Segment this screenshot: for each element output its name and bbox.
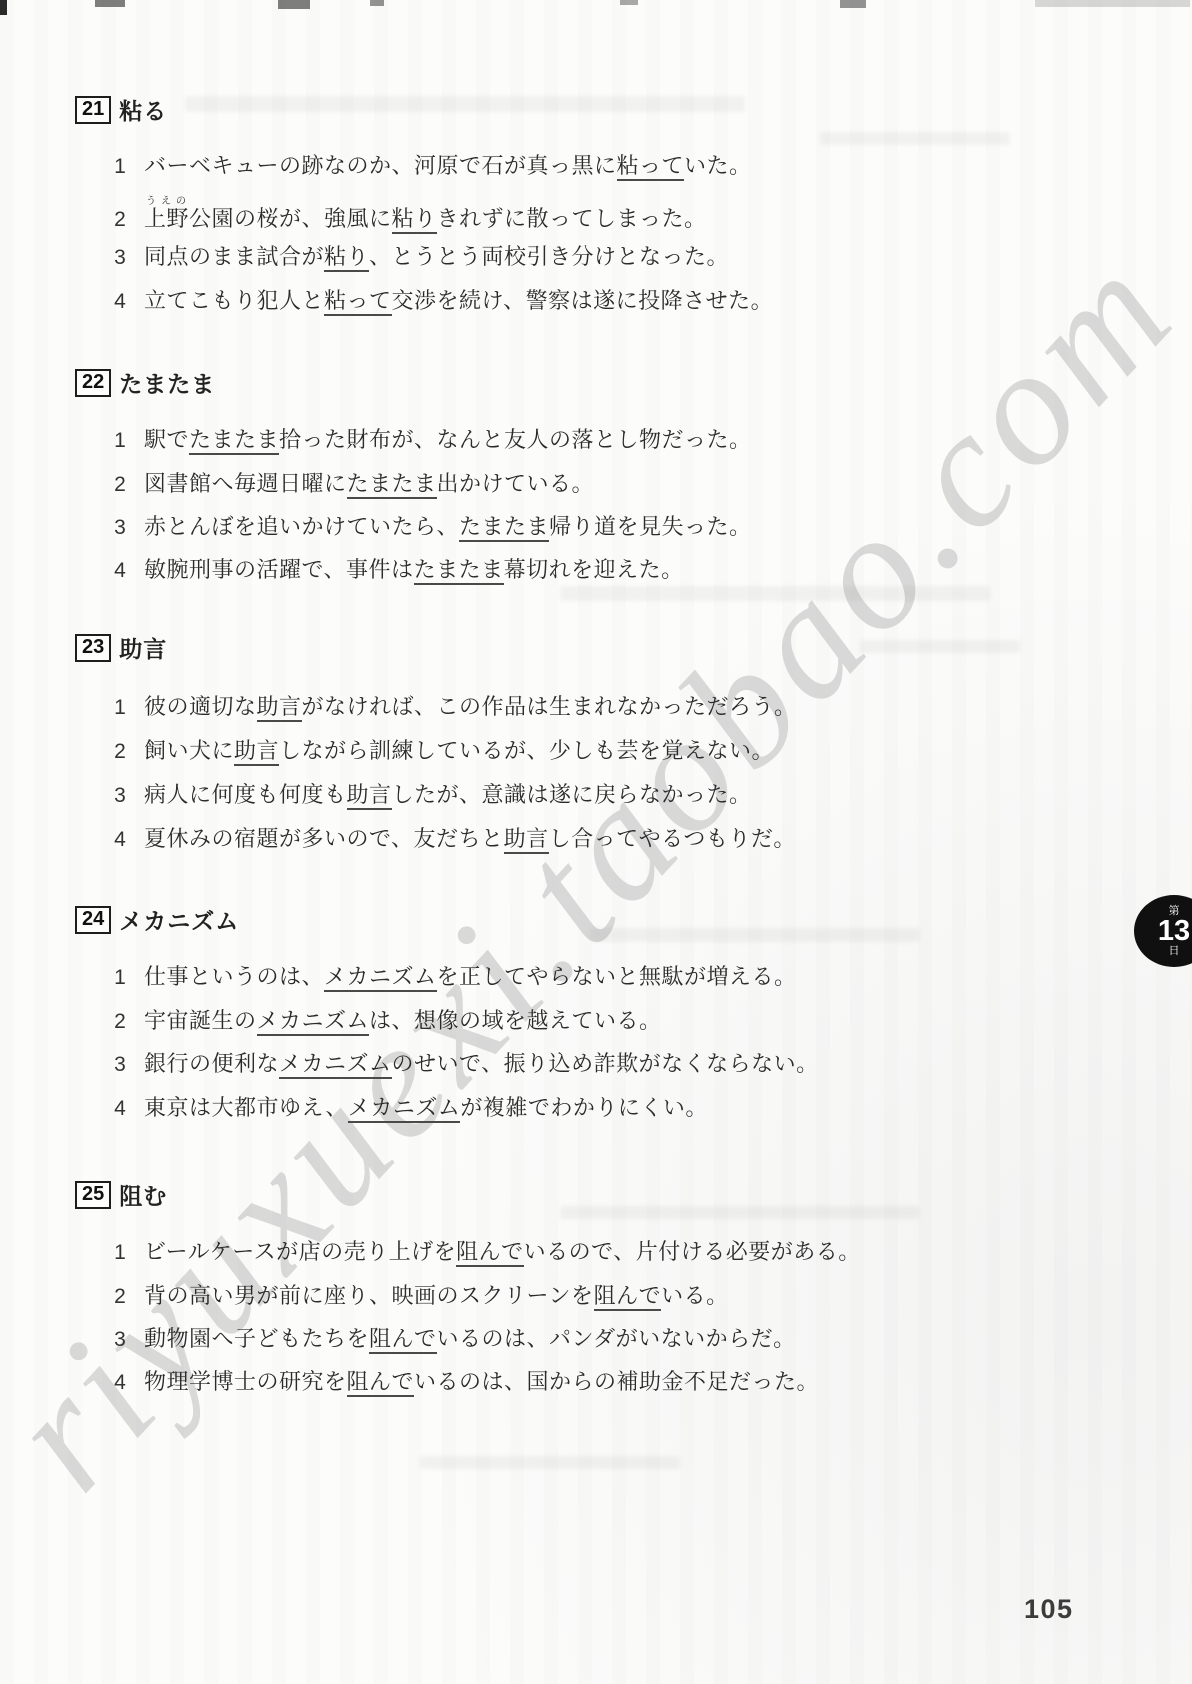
option-number: 1 xyxy=(108,696,132,720)
option-row: 4 立てこもり犯人と粘って交渉を続け、警察は遂に投降させた。 xyxy=(108,287,773,315)
question-22-header: 22 たまたま xyxy=(75,366,215,399)
underlined-word: 粘って xyxy=(617,153,685,181)
option-number: 2 xyxy=(108,1010,132,1034)
underlined-word: たまたま xyxy=(347,471,437,499)
underlined-word: メカニズム xyxy=(279,1051,392,1079)
question-word: 阻む xyxy=(119,1178,167,1211)
ruby-ueno: 上野うえの xyxy=(144,206,189,231)
option-number: 2 xyxy=(108,208,132,232)
question-word: たまたま xyxy=(119,366,215,399)
option-row: 4 東京は大都市ゆえ、メカニズムが複雑でわかりにくい。 xyxy=(108,1094,708,1122)
underlined-word: 阻んで xyxy=(456,1239,524,1267)
option-sentence: 赤とんぼを追いかけていたら、たまたま帰り道を見失った。 xyxy=(144,513,752,541)
option-number: 4 xyxy=(108,559,132,583)
option-sentence: 東京は大都市ゆえ、メカニズムが複雑でわかりにくい。 xyxy=(144,1094,708,1122)
underlined-word: たまたま xyxy=(414,557,504,585)
option-row: 3 同点のまま試合が粘り、とうとう両校引き分けとなった。 xyxy=(108,243,729,271)
option-number: 4 xyxy=(108,290,132,314)
option-sentence: 銀行の便利なメカニズムのせいで、振り込め詐欺がなくならない。 xyxy=(144,1050,819,1078)
question-23-header: 23 助言 xyxy=(75,631,167,664)
question-word: 粘る xyxy=(119,93,167,126)
question-25-header: 25 阻む xyxy=(75,1178,167,1211)
underlined-word: 阻んで xyxy=(347,1369,415,1397)
option-sentence: 立てこもり犯人と粘って交渉を続け、警察は遂に投降させた。 xyxy=(144,287,773,315)
option-number: 3 xyxy=(108,784,132,808)
underlined-word: メカニズム xyxy=(348,1095,461,1123)
question-number-box: 23 xyxy=(75,634,111,662)
option-sentence: バーベキューの跡なのか、河原で石が真っ黒に粘っていた。 xyxy=(144,152,752,180)
option-sentence: 同点のまま試合が粘り、とうとう両校引き分けとなった。 xyxy=(144,243,729,271)
underlined-word: 阻んで xyxy=(369,1326,437,1354)
option-sentence: 図書館へ毎週日曜にたまたま出かけている。 xyxy=(144,470,594,498)
option-row: 2 飼い犬に助言しながら訓練しているが、少しも芸を覚えない。 xyxy=(108,737,774,765)
option-number: 4 xyxy=(108,1371,132,1395)
option-row: 2 背の高い男が前に座り、映画のスクリーンを阻んでいる。 xyxy=(108,1282,729,1310)
option-row: 3 病人に何度も何度も助言したが、意識は遂に戻らなかった。 xyxy=(108,781,752,809)
underlined-word: 粘り xyxy=(324,244,369,272)
underlined-word: 阻んで xyxy=(594,1283,662,1311)
option-row: 2 上野うえの公園の桜が、強風に粘りきれずに散ってしまった。 xyxy=(108,196,707,233)
option-sentence: 夏休みの宿題が多いので、友だちと助言し合ってやるつもりだ。 xyxy=(144,825,796,853)
option-row: 4 夏休みの宿題が多いので、友だちと助言し合ってやるつもりだ。 xyxy=(108,825,796,853)
option-row: 2 図書館へ毎週日曜にたまたま出かけている。 xyxy=(108,470,594,498)
question-24-header: 24 メカニズム xyxy=(75,903,239,936)
option-row: 1 バーベキューの跡なのか、河原で石が真っ黒に粘っていた。 xyxy=(108,152,752,180)
option-number: 1 xyxy=(108,1241,132,1265)
underlined-word: 粘って xyxy=(324,288,392,316)
option-number: 4 xyxy=(108,1097,132,1121)
option-number: 4 xyxy=(108,828,132,852)
option-sentence: 背の高い男が前に座り、映画のスクリーンを阻んでいる。 xyxy=(144,1282,729,1310)
option-row: 3 銀行の便利なメカニズムのせいで、振り込め詐欺がなくならない。 xyxy=(108,1050,819,1078)
option-row: 1 仕事というのは、メカニズムを正してやらないと無駄が増える。 xyxy=(108,963,797,991)
underlined-word: メカニズム xyxy=(324,964,437,992)
option-sentence: 宇宙誕生のメカニズムは、想像の域を越えている。 xyxy=(144,1007,662,1035)
badge-nichi-label: 日 xyxy=(1169,946,1180,957)
underlined-word: たまたま xyxy=(459,514,549,542)
option-sentence: 飼い犬に助言しながら訓練しているが、少しも芸を覚えない。 xyxy=(144,737,774,765)
option-number: 3 xyxy=(108,246,132,270)
badge-day-number: 13 xyxy=(1158,917,1190,946)
option-sentence: 動物園へ子どもたちを阻んでいるのは、パンダがいないからだ。 xyxy=(144,1325,796,1353)
option-sentence: 病人に何度も何度も助言したが、意識は遂に戻らなかった。 xyxy=(144,781,752,809)
option-row: 4 敏腕刑事の活躍で、事件はたまたま幕切れを迎えた。 xyxy=(108,556,684,584)
option-number: 1 xyxy=(108,429,132,453)
question-word: メカニズム xyxy=(119,903,239,936)
underlined-word: メカニズム xyxy=(257,1008,370,1036)
question-number-box: 21 xyxy=(75,96,111,124)
option-number: 3 xyxy=(108,1053,132,1077)
option-row: 1 ビールケースが店の売り上げを阻んでいるので、片付ける必要がある。 xyxy=(108,1238,861,1266)
option-number: 2 xyxy=(108,1285,132,1309)
page-number: 105 xyxy=(1024,1594,1074,1625)
option-number: 1 xyxy=(108,966,132,990)
underlined-word: たまたま xyxy=(189,427,279,455)
option-number: 3 xyxy=(108,516,132,540)
option-sentence: 敏腕刑事の活躍で、事件はたまたま幕切れを迎えた。 xyxy=(144,556,684,584)
scanned-page: riyuxuexi.taobao.com 21 粘る 1 バーベキューの跡なのか… xyxy=(0,0,1192,1684)
option-sentence: ビールケースが店の売り上げを阻んでいるので、片付ける必要がある。 xyxy=(144,1238,861,1266)
option-number: 2 xyxy=(108,473,132,497)
option-sentence: 上野うえの公園の桜が、強風に粘りきれずに散ってしまった。 xyxy=(144,196,707,233)
option-sentence: 物理学博士の研究を阻んでいるのは、国からの補助金不足だった。 xyxy=(144,1368,819,1396)
option-number: 1 xyxy=(108,155,132,179)
option-row: 1 彼の適切な助言がなければ、この作品は生まれなかっただろう。 xyxy=(108,693,797,721)
option-number: 3 xyxy=(108,1328,132,1352)
option-row: 1 駅でたまたま拾った財布が、なんと友人の落とし物だった。 xyxy=(108,426,752,454)
option-sentence: 駅でたまたま拾った財布が、なんと友人の落とし物だった。 xyxy=(144,426,752,454)
underlined-word: 助言 xyxy=(347,782,392,810)
question-word: 助言 xyxy=(119,631,167,664)
option-number: 2 xyxy=(108,740,132,764)
underlined-word: 助言 xyxy=(257,694,302,722)
underlined-word: 粘り xyxy=(392,206,437,234)
question-21-header: 21 粘る xyxy=(75,93,167,126)
option-sentence: 仕事というのは、メカニズムを正してやらないと無駄が増える。 xyxy=(144,963,797,991)
question-number-box: 25 xyxy=(75,1181,111,1209)
underlined-word: 助言 xyxy=(234,738,279,766)
option-row: 4 物理学博士の研究を阻んでいるのは、国からの補助金不足だった。 xyxy=(108,1368,819,1396)
option-row: 3 動物園へ子どもたちを阻んでいるのは、パンダがいないからだ。 xyxy=(108,1325,796,1353)
option-row: 3 赤とんぼを追いかけていたら、たまたま帰り道を見失った。 xyxy=(108,513,752,541)
option-row: 2 宇宙誕生のメカニズムは、想像の域を越えている。 xyxy=(108,1007,662,1035)
question-number-box: 24 xyxy=(75,906,111,934)
question-number-box: 22 xyxy=(75,369,111,397)
underlined-word: 助言 xyxy=(504,826,549,854)
option-sentence: 彼の適切な助言がなければ、この作品は生まれなかっただろう。 xyxy=(144,693,797,721)
